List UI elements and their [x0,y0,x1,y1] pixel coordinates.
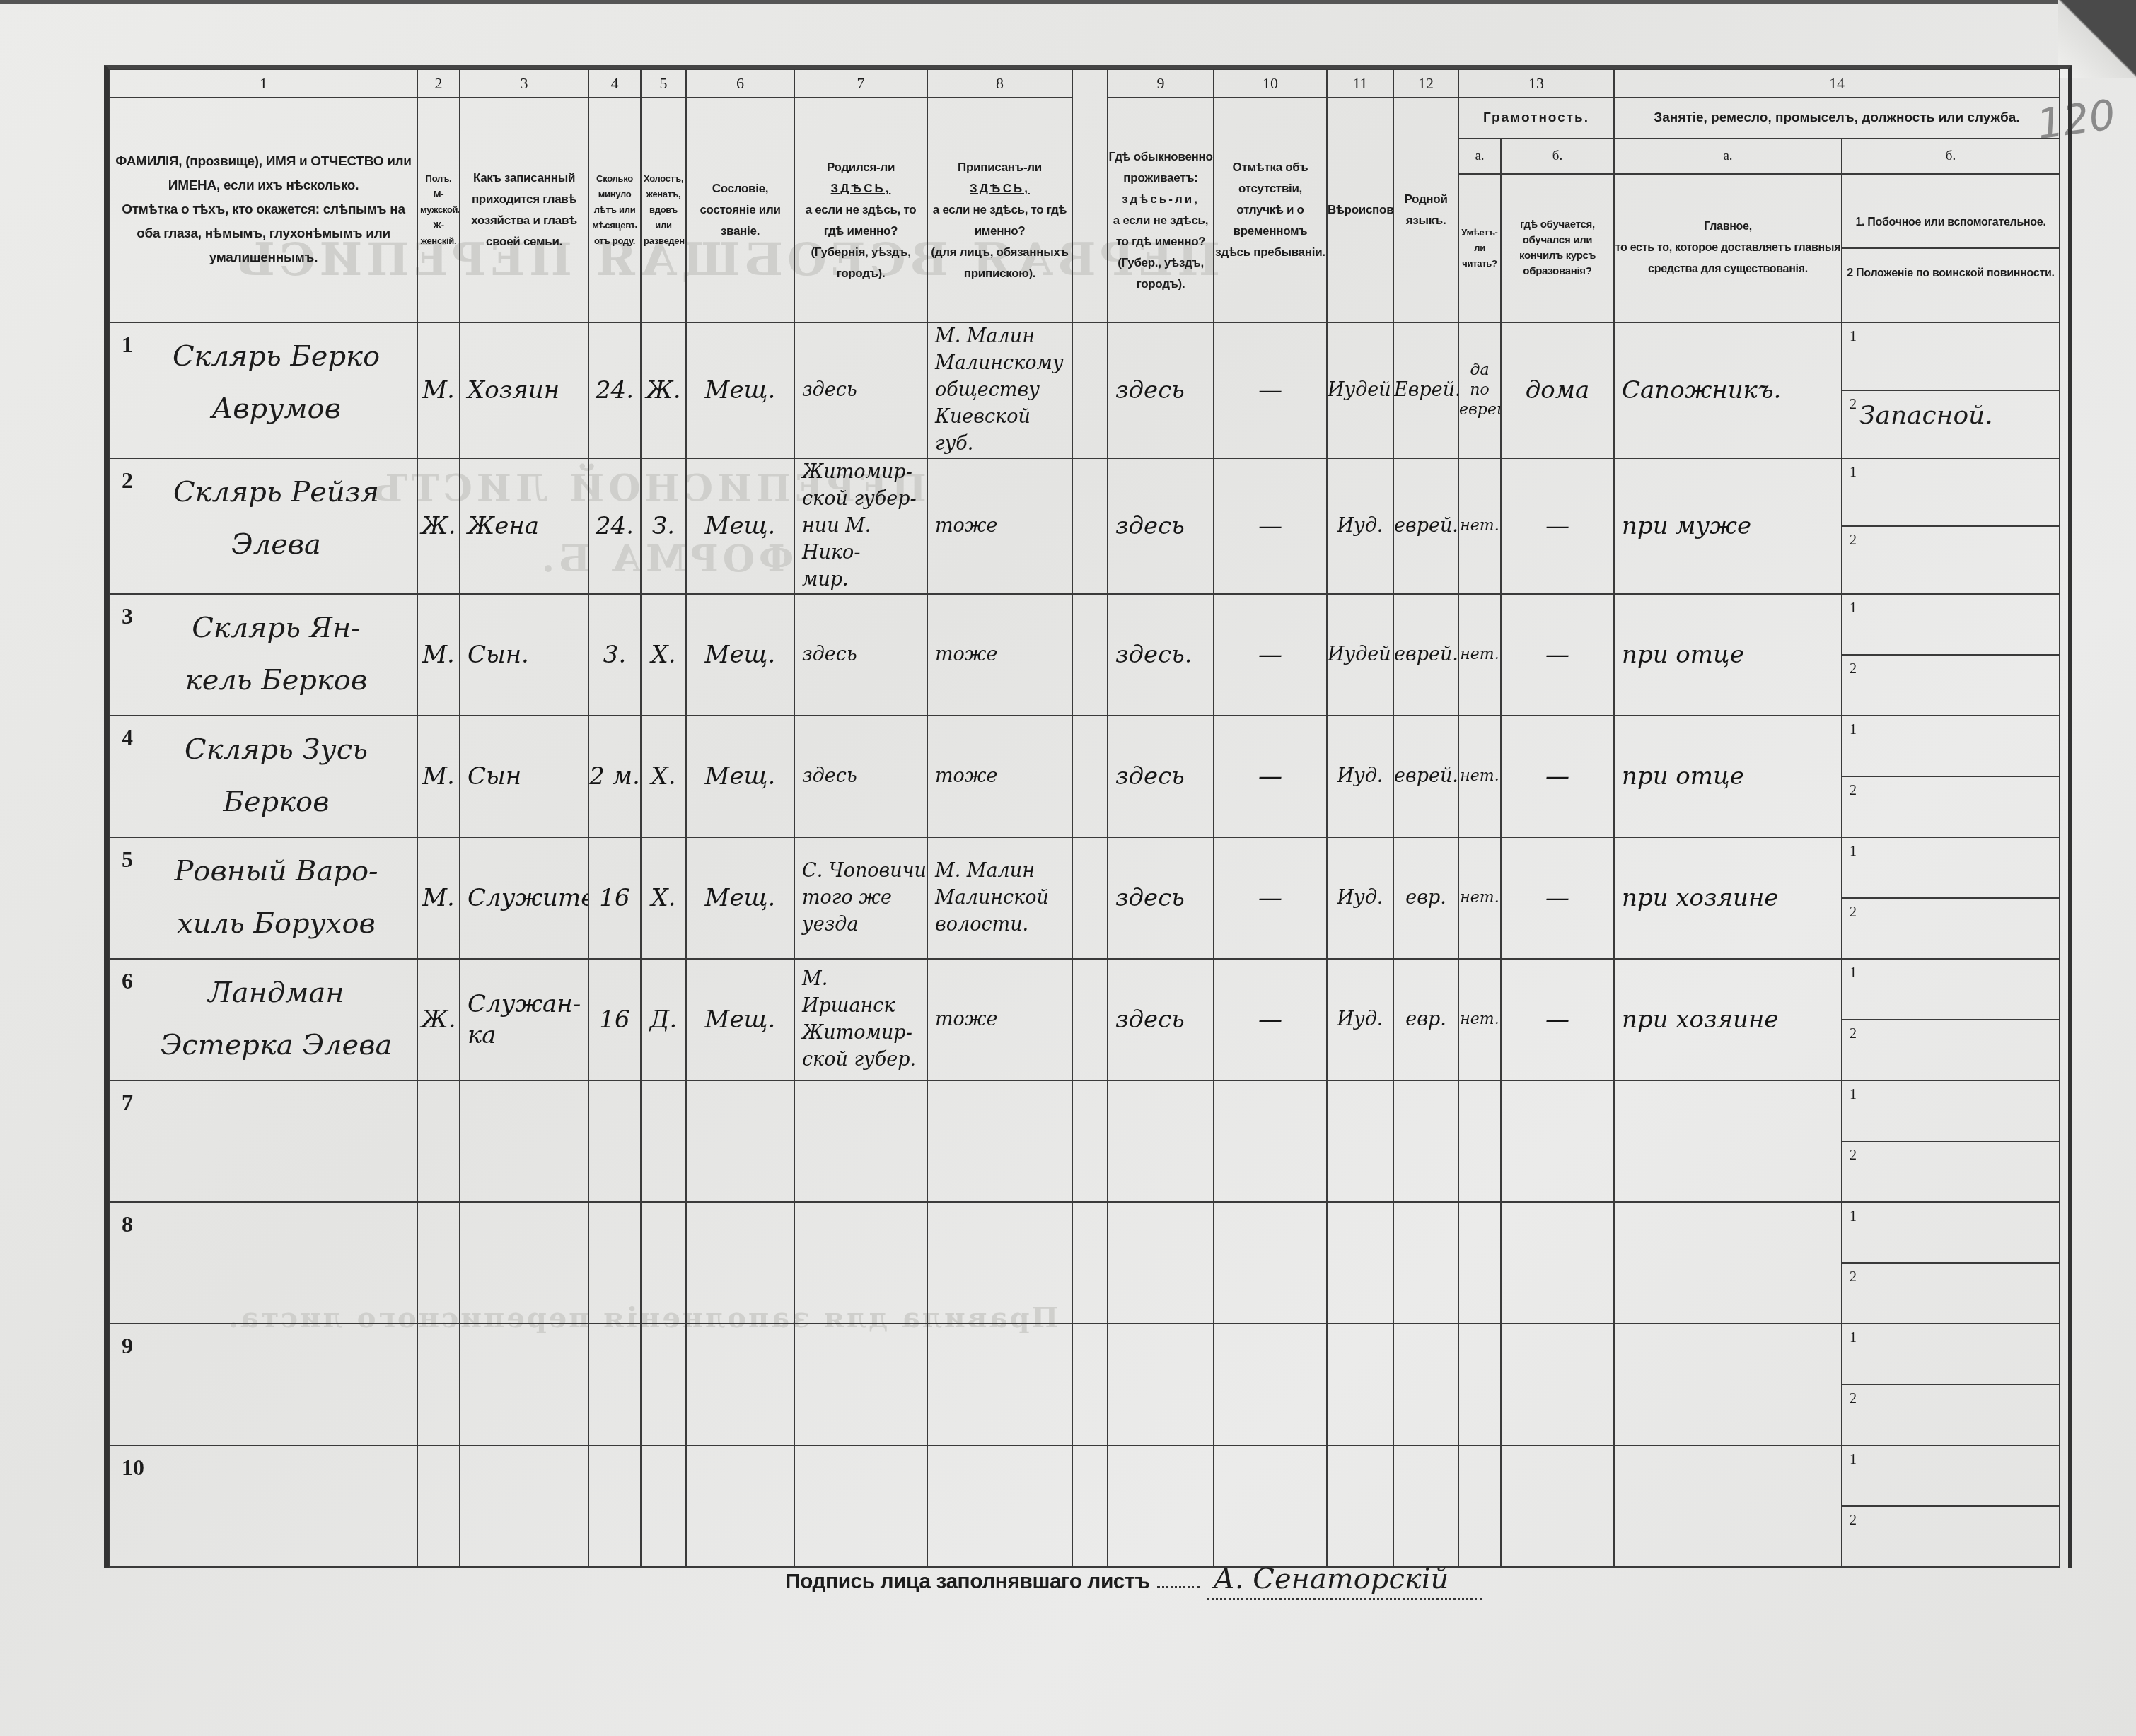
secondary-occupation-split: 1 2 [1842,1081,2059,1201]
col-number-13: 13 [1458,69,1614,98]
birthplace-cell[interactable] [794,1324,927,1445]
line-number-1: 1 [1850,1452,1857,1468]
birthplace-cell[interactable]: здесь [794,322,927,458]
header-residence-lead: Гдѣ обыкновенно проживаетъ: [1108,150,1212,185]
secondary-occupation-cell: 1 2 [1842,959,2060,1080]
secondary-occupation-cell: 1 2 [1842,1202,2060,1324]
main-occupation-cell[interactable]: при хозяине [1614,959,1842,1080]
military-status-part[interactable]: 2 Запасной. [1842,391,2059,458]
line-number-1: 1 [1850,722,1857,738]
secondary-occupation-cell: 1 2 Запасной. [1842,322,2060,458]
header-estate: Сословіе, состояніе или званіе. [686,98,794,322]
header-religion: Вѣроисповѣданіе. [1327,98,1393,322]
header-registration-here: ЗДѢСЬ, [970,182,1030,195]
age-cell[interactable]: 24. [588,322,641,458]
military-status-part[interactable]: 2 [1842,1142,2059,1201]
estate-cell[interactable]: Мещ. [686,322,794,458]
marital-cell[interactable]: Х. [641,594,686,716]
line-number-2: 2 [1850,532,1857,549]
blank-gap-cell [1072,716,1108,837]
table-row: 9 1 2 [110,1324,2060,1445]
full-name: Склярь Рейзя Элева [143,466,410,571]
religion-cell[interactable] [1327,1080,1393,1202]
full-name: Склярь Зусь Берков [143,723,410,828]
line-number-1: 1 [1850,329,1857,345]
signature-dots [1157,1586,1200,1588]
secondary-occupation-part[interactable]: 1 [1842,1446,2059,1507]
table-row: 2 Склярь Рейзя Элева Ж. Жена 24. З. Мещ.… [110,458,2060,594]
estate-cell[interactable]: Мещ. [686,716,794,837]
military-status-part[interactable]: 2 [1842,777,2059,837]
education-cell[interactable] [1501,1080,1614,1202]
sex-cell[interactable]: М. [417,716,460,837]
line-number-2: 2 [1850,1148,1857,1164]
name-cell[interactable]: 6 Ландман Эстерка Элева [110,959,417,1080]
col-number-2: 2 [417,69,460,98]
line-number-2: 2 [1850,661,1857,677]
estate-cell[interactable] [686,1202,794,1324]
header-literacy-b-label: б. [1501,139,1614,174]
full-name: Склярь Берко Аврумов [143,330,410,435]
language-cell[interactable]: Еврей. [1393,322,1458,458]
residence-cell[interactable]: здесь [1108,716,1214,837]
can-read-cell[interactable]: нет. [1458,837,1501,959]
col-number-3: 3 [460,69,588,98]
header-residence: Гдѣ обыкновенно проживаетъ: здѣсь-ли, а … [1108,98,1214,322]
secondary-occupation-cell: 1 2 [1842,458,2060,594]
age-cell[interactable]: 16 [588,837,641,959]
language-cell[interactable]: евр. [1393,837,1458,959]
relation-cell[interactable]: Сын. [460,594,588,716]
row-number: 7 [122,1090,133,1116]
language-cell[interactable]: еврей. [1393,716,1458,837]
header-birthplace-here: ЗДѢСЬ, [831,182,891,195]
blank-gap-cell [1072,1324,1108,1445]
can-read-cell[interactable]: нет. [1458,594,1501,716]
header-birthplace-lead: Родился-ли [827,161,895,174]
col-number-9: 9 [1108,69,1214,98]
name-cell[interactable]: 9 [110,1324,417,1445]
header-sex: Полъ. М-мужской. Ж-женскій. [417,98,460,322]
main-occupation-cell[interactable]: при муже [1614,458,1842,594]
birthplace-cell[interactable]: Житомир- ской губер- нии М. Нико- мир. [794,458,927,594]
blank-gap-cell [1072,959,1108,1080]
line-number-1: 1 [1850,465,1857,481]
main-occupation-cell[interactable] [1614,1445,1842,1567]
relation-cell[interactable]: Жена [460,458,588,594]
sex-cell[interactable] [417,1445,460,1567]
scan-edge [0,0,2136,4]
registration-cell[interactable]: тоже [927,594,1072,716]
row-number: 9 [122,1333,133,1359]
header-age: Сколько минуло лѣтъ или мѣсяцевъ отъ род… [588,98,641,322]
name-cell[interactable]: 1 Склярь Берко Аврумов [110,322,417,458]
line-number-1: 1 [1850,1330,1857,1346]
row-number: 3 [122,603,133,629]
line-number-1: 1 [1850,844,1857,860]
secondary-occupation-split: 1 2 [1842,716,2059,837]
age-cell[interactable] [588,1445,641,1567]
line-number-2: 2 [1850,397,1857,413]
sex-cell[interactable] [417,1202,460,1324]
secondary-occupation-part[interactable]: 1 [1842,459,2059,527]
header-absence: Отмѣтка объ отсутствіи, отлучкѣ и о врем… [1214,98,1327,322]
signature-value[interactable]: А. Сенаторскій [1207,1563,1482,1600]
main-occupation-cell[interactable]: Сапожникъ. [1614,322,1842,458]
header-literacy: Грамотность. [1458,98,1614,139]
blank-gap-cell [1072,1202,1108,1324]
header-registration-lead: Приписанъ-ли [958,161,1042,174]
census-rows: 1 Склярь Берко Аврумов М. Хозяин 24. Ж. … [110,322,2060,1567]
line-number-1: 1 [1850,1208,1857,1225]
col-number-5: 5 [641,69,686,98]
secondary-occupation-part[interactable]: 1 [1842,1324,2059,1385]
can-read-cell[interactable]: да по еврей. [1458,322,1501,458]
relation-cell[interactable]: Хозяин [460,322,588,458]
estate-cell[interactable] [686,1324,794,1445]
table-row: 5 Ровный Варо- хиль Борухов М. Служитель… [110,837,2060,959]
residence-cell[interactable]: здесь [1108,959,1214,1080]
line-number-2: 2 [1850,1513,1857,1529]
language-cell[interactable] [1393,1080,1458,1202]
military-status-part[interactable]: 2 [1842,899,2059,958]
can-read-cell[interactable]: нет. [1458,959,1501,1080]
blank-gap-cell [1072,837,1108,959]
religion-cell[interactable]: Иудей. [1327,594,1393,716]
religion-cell[interactable]: Иуд. [1327,458,1393,594]
row-number: 6 [122,968,133,994]
name-cell[interactable]: 3 Склярь Ян- кель Берков [110,594,417,716]
residence-cell[interactable]: здесь. [1108,594,1214,716]
col-number-11: 11 [1327,69,1393,98]
age-cell[interactable]: 16 [588,959,641,1080]
military-status-part[interactable]: 2 [1842,1020,2059,1080]
row-number: 8 [122,1211,133,1237]
relation-cell[interactable] [460,1202,588,1324]
line-number-1: 1 [1850,1087,1857,1103]
sex-cell[interactable]: М. [417,837,460,959]
religion-cell[interactable]: Иуд. [1327,837,1393,959]
religion-cell[interactable] [1327,1445,1393,1567]
registration-cell[interactable]: тоже [927,959,1072,1080]
absence-cell[interactable]: — [1214,837,1327,959]
line-number-2: 2 [1850,783,1857,799]
line-number-2: 2 [1850,1026,1857,1042]
can-read-cell[interactable] [1458,1445,1501,1567]
language-cell[interactable] [1393,1445,1458,1567]
estate-cell[interactable]: Мещ. [686,594,794,716]
education-cell[interactable]: — [1501,959,1614,1080]
sex-cell[interactable] [417,1324,460,1445]
absence-cell[interactable] [1214,1324,1327,1445]
line-number-2: 2 [1850,1269,1857,1286]
secondary-occupation-split: 1 2 [1842,838,2059,958]
marital-cell[interactable] [641,1324,686,1445]
absence-cell[interactable]: — [1214,594,1327,716]
col-number-4: 4 [588,69,641,98]
birthplace-cell[interactable]: С. Чоповичи того же уезда [794,837,927,959]
line-number-2: 2 [1850,904,1857,921]
relation-cell[interactable]: Служан- ка [460,959,588,1080]
religion-cell[interactable]: Иуд. [1327,959,1393,1080]
registration-cell[interactable]: М. Малин Малинскому обществу Киевской гу… [927,322,1072,458]
name-cell[interactable]: 5 Ровный Варо- хиль Борухов [110,837,417,959]
marital-cell[interactable] [641,1445,686,1567]
secondary-occupation-cell: 1 2 [1842,1445,2060,1567]
education-cell[interactable]: дома [1501,322,1614,458]
header-marital-status: Холостъ, женатъ, вдовъ или разведенъ. [641,98,686,322]
secondary-occupation-part[interactable]: 1 [1842,323,2059,391]
blank-gap-cell [1072,458,1108,594]
name-cell[interactable]: 8 [110,1202,417,1324]
row-number: 4 [122,725,133,751]
residence-cell[interactable] [1108,1324,1214,1445]
age-cell[interactable] [588,1202,641,1324]
full-name: Склярь Ян- кель Берков [143,602,410,706]
military-status-part[interactable]: 2 [1842,656,2059,715]
col-number-12: 12 [1393,69,1458,98]
can-read-cell[interactable]: нет. [1458,458,1501,594]
col-number-7: 7 [794,69,927,98]
education-cell[interactable]: — [1501,716,1614,837]
age-cell[interactable] [588,1080,641,1202]
age-cell[interactable] [588,1324,641,1445]
residence-cell[interactable] [1108,1080,1214,1202]
estate-cell[interactable] [686,1080,794,1202]
header-native-language: Родной языкъ. [1393,98,1458,322]
blank-gap-column [1072,69,1108,322]
marital-cell[interactable]: Д. [641,959,686,1080]
marital-cell[interactable]: Х. [641,716,686,837]
signature-label: Подпись лица заполнявшаго листъ [785,1570,1150,1594]
residence-cell[interactable]: здесь [1108,837,1214,959]
military-status-part[interactable]: 2 [1842,1385,2059,1445]
col-number-1: 1 [110,69,417,98]
registration-cell[interactable] [927,1445,1072,1567]
birthplace-cell[interactable] [794,1080,927,1202]
can-read-cell[interactable] [1458,1080,1501,1202]
education-cell[interactable] [1501,1202,1614,1324]
signature-line: Подпись лица заполнявшаго листъ А. Сенат… [785,1563,1482,1600]
absence-cell[interactable] [1214,1445,1327,1567]
birthplace-cell[interactable]: М. Иршанск Житомир- ской губер. [794,959,927,1080]
table-row: 7 1 2 [110,1080,2060,1202]
can-read-cell[interactable] [1458,1324,1501,1445]
sex-cell[interactable]: Ж. [417,959,460,1080]
col-number-6: 6 [686,69,794,98]
header-birthplace-rest: а если не здѣсь, то гдѣ именно? (Губерні… [806,203,917,280]
military-status-part[interactable]: 2 [1842,1507,2059,1566]
header-full-name: ФАМИЛІЯ, (прозвище), ИМЯ и ОТЧЕСТВО или … [110,98,417,322]
registration-cell[interactable] [927,1324,1072,1445]
row-number: 5 [122,846,133,873]
relation-cell[interactable] [460,1445,588,1567]
education-cell[interactable] [1501,1445,1614,1567]
birthplace-cell[interactable]: здесь [794,716,927,837]
secondary-occupation-split: 1 2 [1842,960,2059,1080]
sex-cell[interactable]: М. [417,594,460,716]
birthplace-cell[interactable] [794,1202,927,1324]
registration-cell[interactable]: М. Малин Малинской волости. [927,837,1072,959]
header-residence-here: здѣсь-ли, [1122,192,1200,206]
relation-cell[interactable]: Сын [460,716,588,837]
military-status-value: Запасной. [1859,401,1993,430]
table-row: 1 Склярь Берко Аврумов М. Хозяин 24. Ж. … [110,322,2060,458]
header-occupation: Занятіе, ремесло, промыселъ, должность и… [1614,98,2060,139]
secondary-occupation-part[interactable]: 1 [1842,960,2059,1020]
residence-cell[interactable]: здесь [1108,322,1214,458]
secondary-occupation-part[interactable]: 1 [1842,1081,2059,1142]
main-occupation-cell[interactable] [1614,1080,1842,1202]
absence-cell[interactable]: — [1214,322,1327,458]
header-education: гдѣ обучается, обучался или кончилъ курс… [1501,174,1614,322]
residence-cell[interactable] [1108,1445,1214,1567]
secondary-occupation-part[interactable]: 1 [1842,1203,2059,1264]
table-row: 6 Ландман Эстерка Элева Ж. Служан- ка 16… [110,959,2060,1080]
birthplace-cell[interactable]: здесь [794,594,927,716]
religion-cell[interactable]: Иуд. [1327,716,1393,837]
language-cell[interactable]: еврей. [1393,594,1458,716]
full-name: Ландман Эстерка Элева [143,967,410,1071]
education-cell[interactable] [1501,1324,1614,1445]
registration-cell[interactable]: тоже [927,458,1072,594]
name-cell[interactable]: 2 Склярь Рейзя Элева [110,458,417,594]
marital-cell[interactable]: Х. [641,837,686,959]
secondary-occupation-part[interactable]: 1 [1842,595,2059,656]
language-cell[interactable]: евр. [1393,959,1458,1080]
col-number-10: 10 [1214,69,1327,98]
main-occupation-cell[interactable] [1614,1202,1842,1324]
secondary-occupation-split: 1 2 [1842,1203,2059,1323]
estate-cell[interactable]: Мещ. [686,959,794,1080]
full-name: Ровный Варо- хиль Борухов [143,845,410,950]
line-number-1: 1 [1850,965,1857,981]
col-number-8: 8 [927,69,1072,98]
name-cell[interactable]: 4 Склярь Зусь Берков [110,716,417,837]
secondary-occupation-part[interactable]: 1 [1842,716,2059,777]
language-cell[interactable] [1393,1324,1458,1445]
secondary-occupation-cell: 1 2 [1842,837,2060,959]
blank-gap-cell [1072,594,1108,716]
table-row: 10 1 2 [110,1445,2060,1567]
header-literacy-a-label: а. [1458,139,1501,174]
language-cell[interactable] [1393,1202,1458,1324]
sex-cell[interactable]: М. [417,322,460,458]
registration-cell[interactable] [927,1080,1072,1202]
header-occupation-a-label: а. [1614,139,1842,174]
military-status-part[interactable]: 2 [1842,527,2059,593]
blank-gap-cell [1072,322,1108,458]
main-occupation-cell[interactable]: при отце [1614,716,1842,837]
header-occupation-b-label: б. [1842,139,2060,174]
religion-cell[interactable] [1327,1202,1393,1324]
header-secondary-occupation-1: 1. Побочное или вспомогательное. [1842,198,2059,249]
absence-cell[interactable]: — [1214,716,1327,837]
header-registration: Приписанъ-ли ЗДѢСЬ, а если не здѣсь, то … [927,98,1072,322]
main-occupation-cell[interactable] [1614,1324,1842,1445]
registration-cell[interactable] [927,1202,1072,1324]
absence-cell[interactable]: — [1214,959,1327,1080]
name-cell[interactable]: 7 [110,1080,417,1202]
education-cell[interactable]: — [1501,837,1614,959]
header-military-status: 2 Положеніе по воинской повинности. [1842,249,2059,298]
absence-cell[interactable] [1214,1202,1327,1324]
marital-cell[interactable] [641,1202,686,1324]
residence-cell[interactable] [1108,1202,1214,1324]
absence-cell[interactable] [1214,1080,1327,1202]
absence-cell[interactable]: — [1214,458,1327,594]
column-number-row: 1 2 3 4 5 6 7 8 9 10 11 12 13 14 [110,69,2060,98]
sex-cell[interactable]: Ж. [417,458,460,594]
birthplace-cell[interactable] [794,1445,927,1567]
header-residence-rest: а если не здѣсь, то гдѣ именно? (Губер.,… [1113,214,1208,291]
col-number-14: 14 [1614,69,2060,98]
header-main-occupation: Главное, то есть то, которое доставляетъ… [1614,174,1842,322]
residence-cell[interactable]: здесь [1108,458,1214,594]
line-number-1: 1 [1850,600,1857,617]
relation-cell[interactable]: Служитель [460,837,588,959]
secondary-occupation-part[interactable]: 1 [1842,838,2059,899]
relation-cell[interactable] [460,1324,588,1445]
marital-cell[interactable]: Ж. [641,322,686,458]
age-cell[interactable]: 2 м. [588,716,641,837]
row-number: 2 [122,467,133,494]
main-occupation-cell[interactable]: при хозяине [1614,837,1842,959]
secondary-occupation-split: 1 2 [1842,1446,2059,1566]
census-table: 1 2 3 4 5 6 7 8 9 10 11 12 13 14 ФАМИЛІЯ… [109,69,2060,1568]
estate-cell[interactable] [686,1445,794,1567]
secondary-occupation-cell: 1 2 [1842,1080,2060,1202]
age-cell[interactable]: 3. [588,594,641,716]
military-status-part[interactable]: 2 [1842,1264,2059,1323]
religion-cell[interactable] [1327,1324,1393,1445]
table-row: 4 Склярь Зусь Берков М. Сын 2 м. Х. Мещ.… [110,716,2060,837]
secondary-occupation-cell: 1 2 [1842,1324,2060,1445]
blank-gap-cell [1072,1080,1108,1202]
header-secondary-occupation: 1. Побочное или вспомогательное. 2 Полож… [1842,174,2060,322]
secondary-occupation-split: 1 2 [1842,595,2059,715]
relation-cell[interactable] [460,1080,588,1202]
table-row: 3 Склярь Ян- кель Берков М. Сын. 3. Х. М… [110,594,2060,716]
estate-cell[interactable]: Мещ. [686,458,794,594]
age-cell[interactable]: 24. [588,458,641,594]
marital-cell[interactable]: З. [641,458,686,594]
header-can-read: Умѣетъ-ли читать? [1458,174,1501,322]
estate-cell[interactable]: Мещ. [686,837,794,959]
marital-cell[interactable] [641,1080,686,1202]
header-registration-rest: а если не здѣсь, то гдѣ именно? (для лиц… [931,203,1068,280]
registration-cell[interactable]: тоже [927,716,1072,837]
religion-cell[interactable]: Иудей. [1327,322,1393,458]
sex-cell[interactable] [417,1080,460,1202]
table-row: 8 1 2 [110,1202,2060,1324]
education-cell[interactable]: — [1501,458,1614,594]
education-cell[interactable]: — [1501,594,1614,716]
blank-gap-cell [1072,1445,1108,1567]
header-relation-to-head: Какъ записанный приходится главѣ хозяйст… [460,98,588,322]
name-cell[interactable]: 10 [110,1445,417,1567]
can-read-cell[interactable] [1458,1202,1501,1324]
main-occupation-cell[interactable]: при отце [1614,594,1842,716]
row-number: 10 [122,1455,144,1481]
secondary-occupation-split: 1 2 Запасной. [1842,323,2059,458]
secondary-occupation-split: 1 2 [1842,459,2059,593]
header-birthplace: Родился-ли ЗДѢСЬ, а если не здѣсь, то гд… [794,98,927,322]
secondary-occupation-split: 1 2 [1842,1324,2059,1445]
secondary-occupation-cell: 1 2 [1842,716,2060,837]
language-cell[interactable]: еврей. [1393,458,1458,594]
can-read-cell[interactable]: нет. [1458,716,1501,837]
